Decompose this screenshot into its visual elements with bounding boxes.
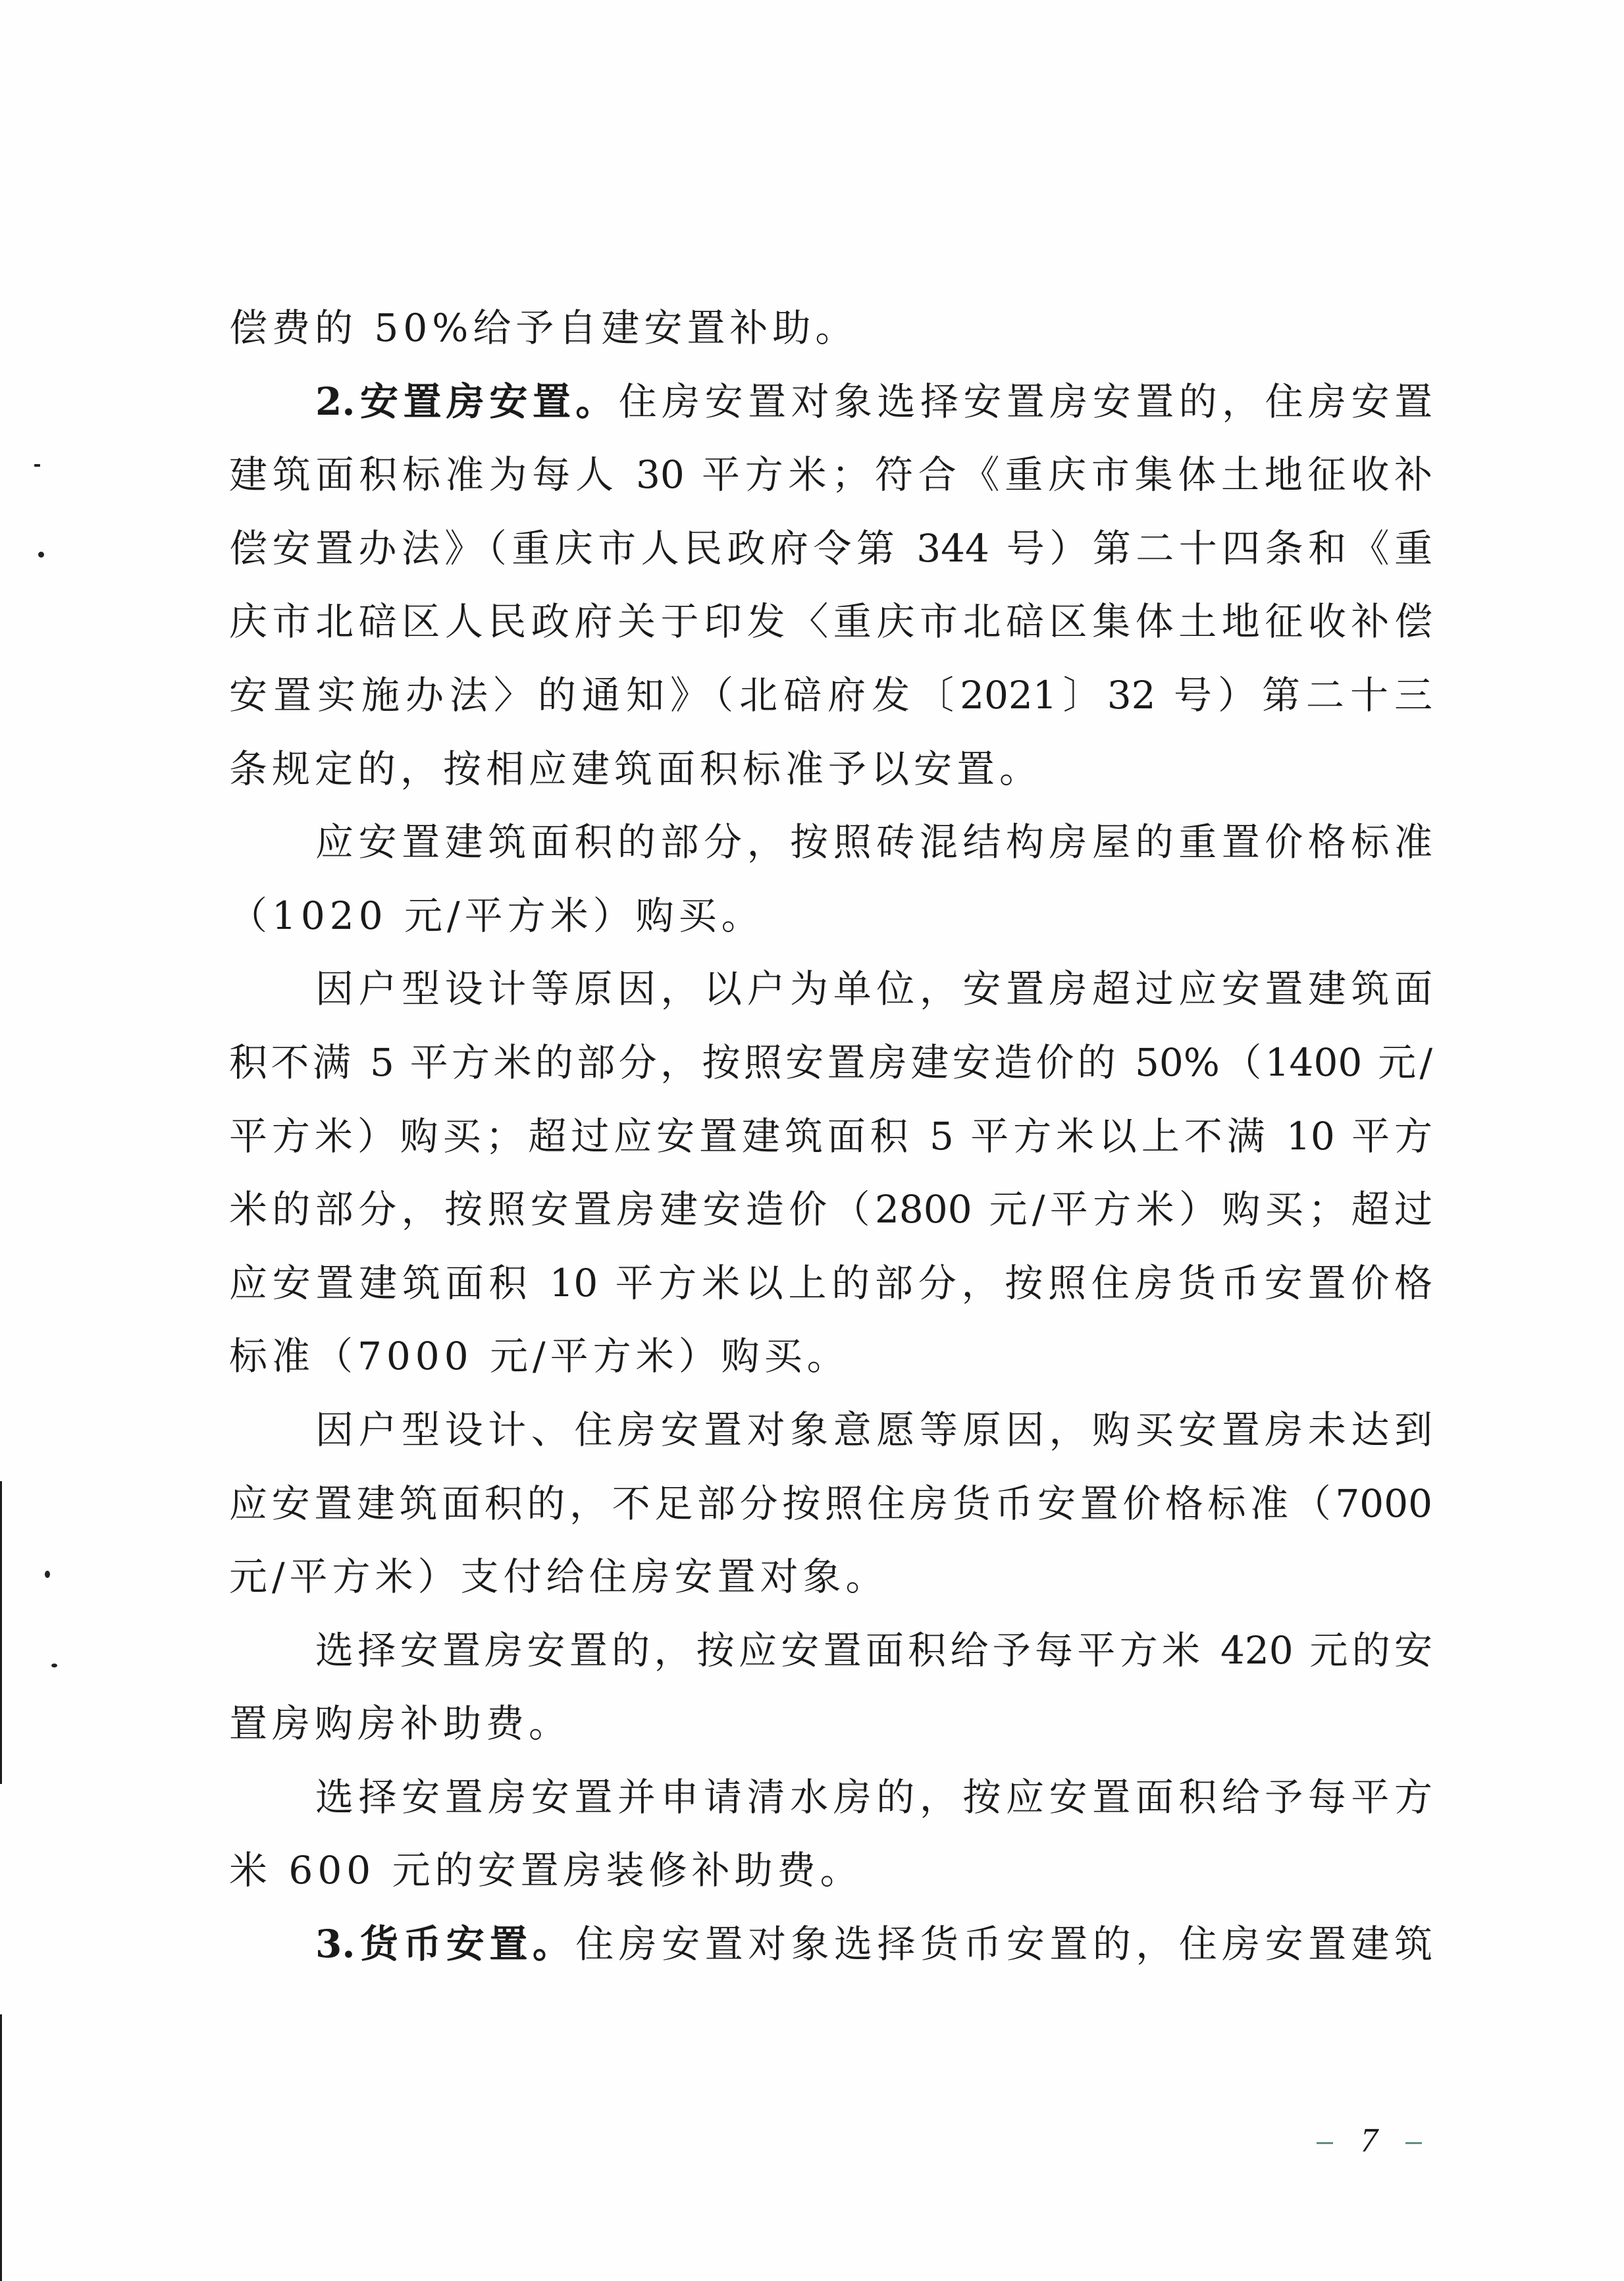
scan-edge-shadow — [0, 2014, 2, 2281]
scan-speck — [45, 1571, 50, 1578]
scan-speck — [38, 552, 44, 558]
paragraph-first-line: 3.货币安置。住房安置对象选择货币安置的，住房安置建筑 — [229, 1908, 1432, 1981]
paragraph-line: 应安置建筑面积的，不足部分按照住房货币安置价格标准（7000 — [229, 1467, 1432, 1541]
paragraph-first-line: 选择安置房安置并申请清水房的，按应安置面积给予每平方 — [229, 1761, 1432, 1835]
paragraph-text: 住房安置对象选择安置房安置的，住房安置 — [619, 379, 1432, 424]
paragraph-line: 建筑面积标准为每人 30 平方米；符合《重庆市集体土地征收补 — [229, 438, 1432, 512]
paragraph-line: 标准（7000 元/平方米）购买。 — [229, 1320, 1432, 1394]
document-body: 偿费的 50%给予自建安置补助。 2.安置房安置。住房安置对象选择安置房安置的，… — [229, 292, 1432, 1981]
section-heading: 3.货币安置。 — [315, 1922, 575, 1966]
paragraph-first-line: 2.安置房安置。住房安置对象选择安置房安置的，住房安置 — [229, 365, 1432, 439]
scan-edge-shadow — [0, 1481, 2, 1784]
paragraph-text: 住房安置对象选择货币安置的，住房安置建筑 — [575, 1922, 1432, 1966]
paragraph-line: 安置实施办法〉的通知》（北碚府发〔2021〕32 号）第二十三 — [229, 659, 1432, 733]
paragraph-line: （1020 元/平方米）购买。 — [229, 879, 1432, 953]
document-page: 偿费的 50%给予自建安置补助。 2.安置房安置。住房安置对象选择安置房安置的，… — [0, 0, 1624, 2281]
paragraph-line: 应安置建筑面积 10 平方米以上的部分，按照住房货币安置价格 — [229, 1247, 1432, 1321]
paragraph-line: 条规定的，按相应建筑面积标准予以安置。 — [229, 733, 1432, 806]
page-number-value: 7 — [1361, 2124, 1378, 2158]
paragraph-first-line: 因户型设计、住房安置对象意愿等原因，购买安置房未达到 — [229, 1394, 1432, 1467]
paragraph-line: 置房购房补助费。 — [229, 1687, 1432, 1761]
paragraph-first-line: 应安置建筑面积的部分，按照砖混结构房屋的重置价格标准 — [229, 806, 1432, 879]
page-number: 7 — [1317, 2121, 1422, 2161]
scan-speck — [51, 1664, 57, 1667]
page-number-dash-right — [1405, 2142, 1422, 2144]
paragraph-line: 米的部分，按照安置房建安造价（2800 元/平方米）购买；超过 — [229, 1173, 1432, 1247]
page-number-dash-left — [1317, 2142, 1333, 2144]
paragraph-line: 偿费的 50%给予自建安置补助。 — [229, 292, 1432, 365]
paragraph-line: 平方米）购买；超过应安置建筑面积 5 平方米以上不满 10 平方 — [229, 1100, 1432, 1174]
paragraph-line: 积不满 5 平方米的部分，按照安置房建安造价的 50%（1400 元/ — [229, 1026, 1432, 1100]
paragraph-line: 米 600 元的安置房装修补助费。 — [229, 1834, 1432, 1908]
paragraph-line: 元/平方米）支付给住房安置对象。 — [229, 1540, 1432, 1614]
scan-speck — [34, 464, 40, 467]
paragraph-line: 偿安置办法》（重庆市人民政府令第 344 号）第二十四条和《重 — [229, 512, 1432, 586]
paragraph-first-line: 选择安置房安置的，按应安置面积给予每平方米 420 元的安 — [229, 1614, 1432, 1688]
paragraph-line: 庆市北碚区人民政府关于印发〈重庆市北碚区集体土地征收补偿 — [229, 585, 1432, 659]
section-heading: 2.安置房安置。 — [315, 379, 619, 424]
paragraph-first-line: 因户型设计等原因，以户为单位，安置房超过应安置建筑面 — [229, 953, 1432, 1026]
